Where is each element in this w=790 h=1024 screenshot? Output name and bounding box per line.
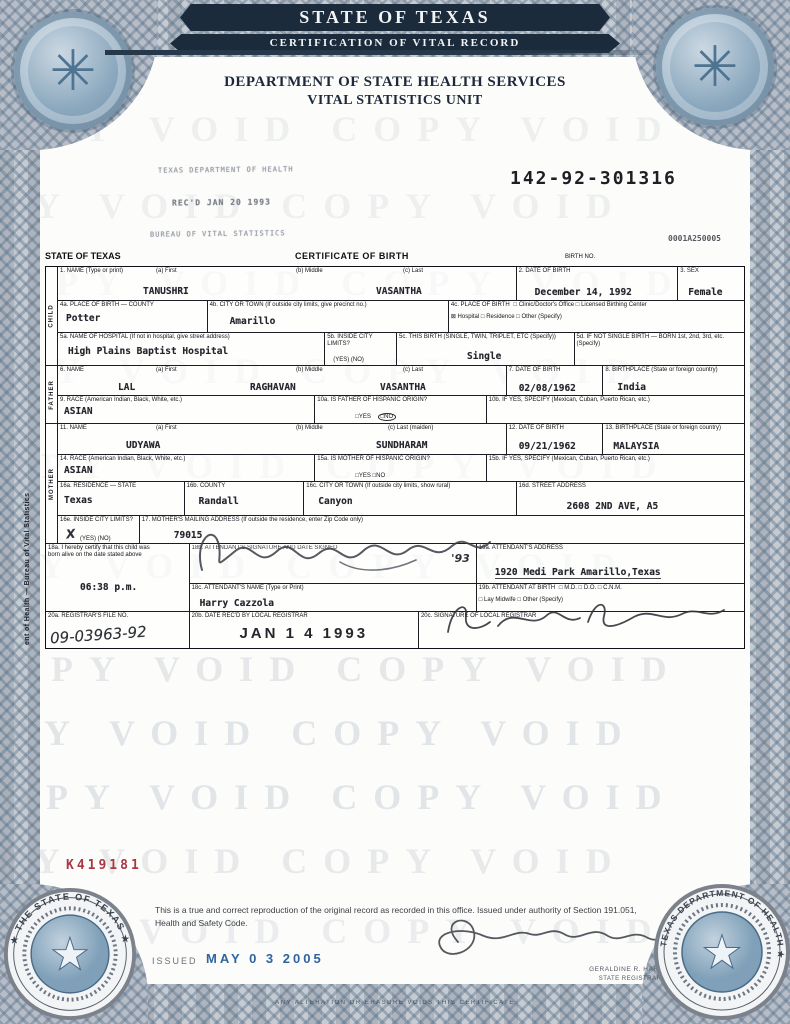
field-attendant-signature-name: 18b. ATTENDANT'S SIGNATURE AND DATE SIGN… — [190, 544, 477, 611]
street-address-label: 16d. STREET ADDRESS — [517, 482, 744, 491]
middle-sublabel: (b) Middle — [296, 268, 323, 274]
row-mother-race: 14. RACE (American Indian, Black, White,… — [58, 455, 744, 482]
field-plurality: 5c. THIS BIRTH (SINGLE, TWIN, TRIPLET, E… — [397, 333, 574, 365]
field-registrar-file-no: 20a. REGISTRAR'S FILE NO. 09-03963-92 — [46, 612, 190, 648]
field-father-hispanic-specify: 10b. IF YES, SPECIFY (Mexican, Cuban, Pu… — [487, 396, 744, 423]
field-hospital: 5a. NAME OF HOSPITAL (If not in hospital… — [58, 333, 325, 365]
mother-race-value: ASIAN — [64, 465, 93, 476]
mailing-address-label: 17. MOTHER'S MAILING ADDRESS (If outside… — [140, 516, 744, 525]
residence-city-label: 16c. CITY OR TOWN (If outside city limit… — [304, 482, 515, 491]
group-label-child: CHILD — [46, 267, 58, 366]
attendant-type-options1: □ M.D. □ D.O. □ C.N.M. — [557, 585, 624, 591]
form-state-label: STATE OF TEXAS — [45, 251, 121, 261]
child-sex-value: Female — [688, 287, 722, 298]
field-residence-city: 16c. CITY OR TOWN (If outside city limit… — [304, 482, 516, 515]
residence-state-value: Texas — [64, 495, 93, 506]
place-options-line1: □ Clinic/Doctor's Office □ Licensed Birt… — [511, 302, 648, 308]
certificate-page: COPY VOID COPY VOID COPY VOID COPY VOID … — [0, 0, 790, 1024]
mother-hispanic-specify-label: 15b. IF YES, SPECIFY (Mexican, Cuban, Pu… — [487, 455, 744, 464]
birth-county-label: 4a. PLACE OF BIRTH — COUNTY — [58, 301, 207, 310]
field-mother-birthplace: 13. BIRTHPLACE (State or foreign country… — [603, 424, 744, 454]
border-notice: ANY ALTERATION OR ERASURE VOIDS THIS CER… — [150, 1000, 640, 1006]
child-sex-label: 3. SEX — [678, 267, 744, 276]
plurality-label: 5c. THIS BIRTH (SINGLE, TWIN, TRIPLET, E… — [397, 333, 573, 342]
father-birthplace-value: India — [617, 382, 646, 393]
registrar-date-stamp: JAN 1 4 1993 — [190, 625, 418, 642]
field-attendant-address-type: 19a. ATTENDANT'S ADDRESS 1920 Medi Park … — [477, 544, 744, 611]
issued-date-stamp: MAY 0 3 2005 — [206, 951, 324, 966]
residence-limits-options: (YES) (NO) — [78, 536, 113, 542]
group-label-child-text: CHILD — [49, 304, 55, 327]
field-birth-city: 4b. CITY OR TOWN (If outside city limits… — [208, 301, 449, 332]
residence-state-label: 16a. RESIDENCE — STATE — [58, 482, 184, 491]
child-first-name: TANUSHRI — [143, 286, 189, 297]
field-registrar-signature: 20c. SIGNATURE OF LOCAL REGISTRAR — [419, 612, 744, 648]
place-options-line2: ⊠ Hospital □ Residence □ Other (Specify) — [449, 313, 744, 320]
attendant-type-label-text: 19b. ATTENDANT AT BIRTH — [479, 585, 555, 591]
row-father-name: 6. NAME (a) First (b) Middle (c) Last LA… — [58, 366, 744, 396]
child-dob-label: 2. DATE OF BIRTH — [517, 267, 678, 276]
texas-department-of-health-seal: ★ TEXAS DEPARTMENT OF HEALTH ★ ★ — [652, 882, 790, 1022]
received-stamp-line1: TEXAS DEPARTMENT OF HEALTH — [158, 165, 294, 174]
birth-order-label: 5d. IF NOT SINGLE BIRTH — BORN 1st, 2nd,… — [575, 333, 745, 349]
inside-limits-label: 5b. INSIDE CITY LIMITS? — [325, 333, 396, 349]
group-label-mother-text: MOTHER — [49, 468, 55, 500]
seal-star-icon: ★ — [701, 926, 742, 978]
place-label-text: 4c. PLACE OF BIRTH — [451, 302, 510, 308]
signature-year: '93 — [451, 552, 470, 565]
field-street-address: 16d. STREET ADDRESS 2608 2ND AVE, A5 — [517, 482, 744, 515]
father-hispanic-specify-label: 10b. IF YES, SPECIFY (Mexican, Cuban, Pu… — [487, 396, 744, 405]
field-father-name: 6. NAME (a) First (b) Middle (c) Last LA… — [58, 366, 507, 395]
row-child-name: 1. NAME (Type or print) (a) First (b) Mi… — [58, 267, 744, 301]
residence-county-value: Randall — [199, 496, 239, 507]
residence-city-value: Canyon — [318, 496, 352, 507]
group-label-father-text: FATHER — [49, 380, 55, 410]
birth-no-label: BIRTH NO. — [565, 254, 595, 260]
registrar-file-no-value: 09-03963-92 — [49, 623, 147, 648]
father-middle-name: RAGHAVAN — [250, 382, 296, 393]
agency-header: DEPARTMENT OF STATE HEALTH SERVICES VITA… — [95, 74, 695, 109]
field-residence-state: 16a. RESIDENCE — STATE Texas — [58, 482, 185, 515]
father-first-name: LAL — [118, 382, 135, 393]
birth-place-type-label: 4c. PLACE OF BIRTH □ Clinic/Doctor's Off… — [449, 301, 744, 310]
attendant-name-value: Harry Cazzola — [200, 598, 274, 609]
field-father-dob: 7. DATE OF BIRTH 02/08/1962 — [507, 366, 604, 395]
row-attendant: 18a. I hereby certify that this child wa… — [46, 544, 744, 612]
issued-label: ISSUED — [152, 956, 198, 966]
residence-limits-mark: X — [65, 527, 76, 542]
hospital-label: 5a. NAME OF HOSPITAL (If not in hospital… — [58, 333, 324, 342]
plurality-value: Single — [467, 351, 501, 362]
first-sublabel: (a) First — [156, 367, 177, 373]
side-caption: ent of Health — Bureau of Vital Statisti… — [24, 300, 31, 645]
last-sublabel: (c) Last — [403, 268, 423, 274]
residence-limits-label: 16e. INSIDE CITY LIMITS? — [58, 516, 139, 525]
state-of-texas-seal: ★ THE STATE OF TEXAS ★ ★ — [2, 886, 138, 1022]
field-inside-limits: 5b. INSIDE CITY LIMITS? (YES) (NO) — [325, 333, 397, 365]
field-birth-county: 4a. PLACE OF BIRTH — COUNTY Potter — [58, 301, 208, 332]
received-stamp-line2: REC'D JAN 20 1993 — [172, 197, 271, 207]
field-child-dob: 2. DATE OF BIRTH December 14, 1992 — [517, 267, 679, 300]
row-residence: 16a. RESIDENCE — STATE Texas 16b. COUNTY… — [58, 482, 744, 516]
field-child-name: 1. NAME (Type or print) (a) First (b) Mi… — [58, 267, 517, 300]
field-mother-name: 11. NAME (a) First (b) Middle (c) Last (… — [58, 424, 507, 454]
birth-time-value: 06:38 p.m. — [80, 582, 137, 593]
field-attendant-address: 19a. ATTENDANT'S ADDRESS 1920 Medi Park … — [477, 544, 744, 584]
birth-city-label: 4b. CITY OR TOWN (If outside city limits… — [208, 301, 448, 310]
father-birthplace-label: 8. BIRTHPLACE (State or foreign country) — [603, 366, 744, 375]
agency-line2: VITAL STATISTICS UNIT — [95, 93, 695, 109]
residence-county-label: 16b. COUNTY — [185, 482, 304, 491]
registrar-date-label: 20b. DATE REC'D BY LOCAL REGISTRAR — [190, 612, 418, 621]
row-father-race: 9. RACE (American Indian, Black, White, … — [58, 396, 744, 424]
field-mailing-address: 17. MOTHER'S MAILING ADDRESS (If outside… — [140, 516, 744, 543]
last-sublabel: (c) Last — [403, 367, 423, 373]
certify-label: 18a. I hereby certify that this child wa… — [46, 544, 162, 560]
form-title: CERTIFICATE OF BIRTH — [295, 251, 409, 261]
document-code: 0001A250005 — [668, 234, 721, 243]
group-label-father: FATHER — [46, 366, 58, 424]
row-registrar: 20a. REGISTRAR'S FILE NO. 09-03963-92 20… — [46, 612, 744, 648]
state-file-number: 142-92-301316 — [510, 168, 677, 189]
registrar-signature-label: 20c. SIGNATURE OF LOCAL REGISTRAR — [419, 612, 744, 621]
field-birth-order: 5d. IF NOT SINGLE BIRTH — BORN 1st, 2nd,… — [575, 333, 745, 365]
last-maiden-sublabel: (c) Last (maiden) — [388, 425, 433, 431]
received-stamp-line3: BUREAU OF VITAL STATISTICS — [150, 229, 286, 238]
field-birth-place-type: 4c. PLACE OF BIRTH □ Clinic/Doctor's Off… — [449, 301, 744, 332]
agency-line1: DEPARTMENT OF STATE HEALTH SERVICES — [95, 74, 695, 91]
mother-first-name: UDYAWA — [126, 440, 160, 451]
field-father-birthplace: 8. BIRTHPLACE (State or foreign country)… — [603, 366, 744, 395]
row-place-of-birth: 4a. PLACE OF BIRTH — COUNTY Potter 4b. C… — [58, 301, 744, 333]
first-sublabel: (a) First — [156, 268, 177, 274]
mother-birthplace-value: MALAYSIA — [613, 441, 659, 452]
field-father-race: 9. RACE (American Indian, Black, White, … — [58, 396, 315, 423]
field-certify-time: 18a. I hereby certify that this child wa… — [46, 544, 190, 611]
field-mother-hispanic: 15a. IS MOTHER OF HISPANIC ORIGIN? □YES … — [315, 455, 487, 481]
field-attendant-signature: 18b. ATTENDANT'S SIGNATURE AND DATE SIGN… — [190, 544, 476, 584]
father-dob-label: 7. DATE OF BIRTH — [507, 366, 603, 375]
father-dob-value: 02/08/1962 — [519, 383, 576, 394]
field-registrar-date: 20b. DATE REC'D BY LOCAL REGISTRAR JAN 1… — [190, 612, 419, 648]
attendant-signature-label: 18b. ATTENDANT'S SIGNATURE AND DATE SIGN… — [190, 544, 476, 553]
control-number: K419181 — [66, 858, 142, 873]
street-address-value: 2608 2ND AVE, A5 — [567, 501, 659, 512]
row-hospital: 5a. NAME OF HOSPITAL (If not in hospital… — [58, 333, 744, 366]
attendant-address-label: 19a. ATTENDANT'S ADDRESS — [477, 544, 744, 553]
mother-race-label: 14. RACE (American Indian, Black, White,… — [58, 455, 314, 464]
child-dob-value: December 14, 1992 — [535, 287, 632, 298]
father-hispanic-options: □YES □NO — [353, 414, 398, 420]
child-last-name: VASANTHA — [376, 286, 422, 297]
father-race-label: 9. RACE (American Indian, Black, White, … — [58, 396, 314, 405]
father-hispanic-yes: □YES — [355, 414, 371, 420]
inside-limits-options: (YES) (NO) — [331, 357, 366, 363]
middle-sublabel: (b) Middle — [296, 425, 323, 431]
father-hispanic-no: □NO — [378, 413, 397, 421]
seal-star-icon: ★ — [50, 931, 90, 980]
father-race-value: ASIAN — [64, 406, 93, 417]
certification-statement: This is a true and correct reproduction … — [155, 904, 660, 930]
row-mailing: 16e. INSIDE CITY LIMITS? (YES) (NO) X 17… — [58, 516, 744, 544]
father-name-label: 6. NAME — [58, 366, 506, 375]
attendant-name-label: 18c. ATTENDANT'S NAME (Type or Print) — [190, 584, 476, 593]
field-attendant-name: 18c. ATTENDANT'S NAME (Type or Print) Ha… — [190, 584, 476, 611]
hospital-value: High Plains Baptist Hospital — [68, 346, 228, 357]
mailing-address-value: 79015 — [174, 530, 203, 541]
birth-county-value: Potter — [66, 313, 100, 324]
attendant-type-label: 19b. ATTENDANT AT BIRTH □ M.D. □ D.O. □ … — [477, 584, 744, 593]
birth-certificate-form: CHILD FATHER MOTHER 1. NAME (Type or pri… — [45, 266, 745, 649]
attendant-address-value: 1920 Medi Park Amarillo,Texas — [495, 567, 661, 579]
field-residence-limits: 16e. INSIDE CITY LIMITS? (YES) (NO) X — [58, 516, 140, 543]
attendant-type-options2: □ Lay Midwife □ Other (Specify) — [477, 597, 744, 603]
field-child-sex: 3. SEX Female — [678, 267, 744, 300]
registrar-file-no-label: 20a. REGISTRAR'S FILE NO. — [46, 612, 189, 621]
field-residence-county: 16b. COUNTY Randall — [185, 482, 305, 515]
first-sublabel: (a) First — [156, 425, 177, 431]
mother-hispanic-options: □YES □NO — [353, 473, 387, 479]
certificate-content: DEPARTMENT OF STATE HEALTH SERVICES VITA… — [0, 0, 790, 1024]
field-mother-hispanic-specify: 15b. IF YES, SPECIFY (Mexican, Cuban, Pu… — [487, 455, 744, 481]
form-header: STATE OF TEXAS CERTIFICATE OF BIRTH BIRT… — [45, 251, 745, 265]
birth-city-value: Amarillo — [230, 316, 276, 327]
father-hispanic-label: 10a. IS FATHER OF HISPANIC ORIGIN? — [315, 396, 486, 405]
mother-hispanic-label: 15a. IS MOTHER OF HISPANIC ORIGIN? — [315, 455, 486, 464]
mother-name-label: 11. NAME — [58, 424, 506, 433]
field-mother-race: 14. RACE (American Indian, Black, White,… — [58, 455, 315, 481]
mother-dob-value: 09/21/1962 — [519, 441, 576, 452]
mother-birthplace-label: 13. BIRTHPLACE (State or foreign country… — [603, 424, 744, 433]
row-mother-name: 11. NAME (a) First (b) Middle (c) Last (… — [58, 424, 744, 455]
mother-last-name: SUNDHARAM — [376, 440, 427, 451]
middle-sublabel: (b) Middle — [296, 367, 323, 373]
field-mother-dob: 12. DATE OF BIRTH 09/21/1962 — [507, 424, 604, 454]
child-name-label: 1. NAME (Type or print) — [58, 267, 516, 276]
field-father-hispanic: 10a. IS FATHER OF HISPANIC ORIGIN? □YES … — [315, 396, 487, 423]
field-attendant-type: 19b. ATTENDANT AT BIRTH □ M.D. □ D.O. □ … — [477, 584, 744, 611]
mother-dob-label: 12. DATE OF BIRTH — [507, 424, 603, 433]
father-last-name: VASANTHA — [380, 382, 426, 393]
group-label-mother: MOTHER — [46, 424, 58, 544]
